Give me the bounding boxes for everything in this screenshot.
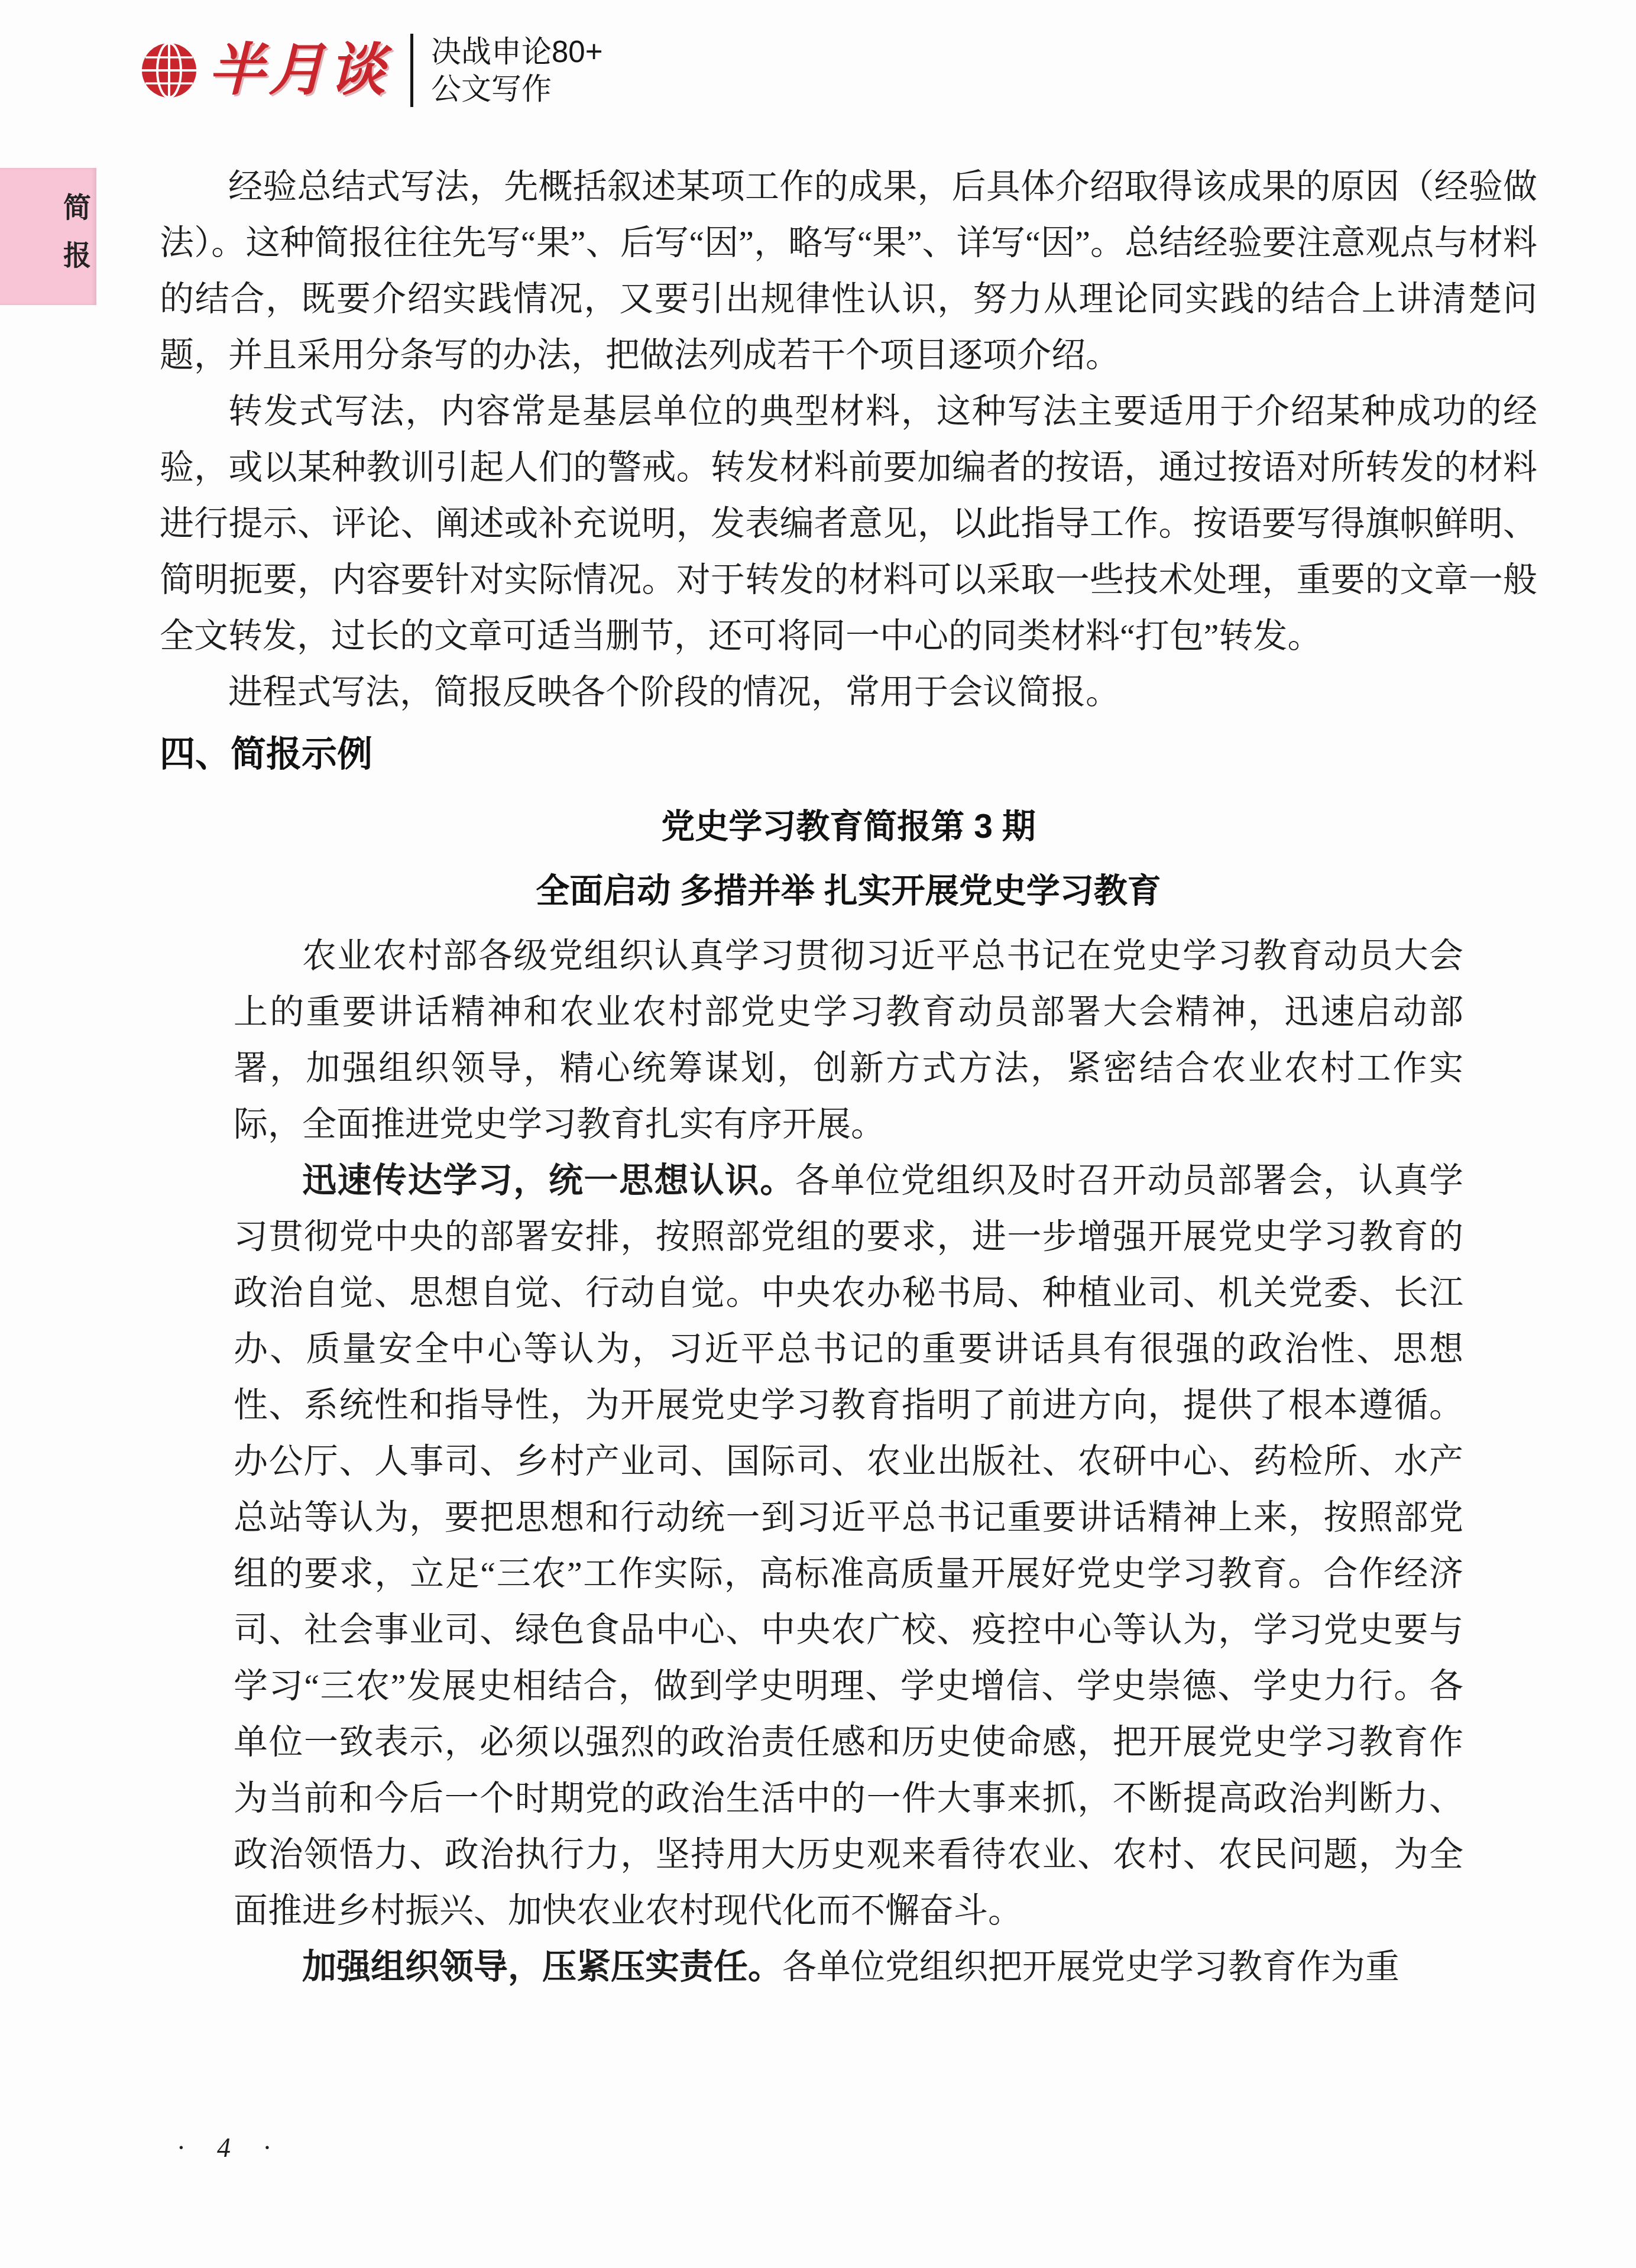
main-text-column: 经验总结式写法，先概括叙述某项工作的成果，后具体介绍取得该成果的原因（经验做法）… <box>160 158 1537 1995</box>
intro-paragraph: 经验总结式写法，先概括叙述某项工作的成果，后具体介绍取得该成果的原因（经验做法）… <box>160 158 1537 383</box>
paragraph-lead: 加强组织领导，压紧压实责任。 <box>302 1948 782 1986</box>
masthead-divider <box>410 34 413 107</box>
scanned-page: 半月谈 决战申论80+ 公文写作 简报 经验总结式写法，先概括叙述某项工作的成果… <box>0 0 1636 2268</box>
tagline-subject: 公文写作 <box>431 70 603 108</box>
bulletin-paragraph: 加强组织领导，压紧压实责任。各单位党组织把开展党史学习教育作为重 <box>234 1939 1463 1995</box>
bulletin-paragraph: 农业农村部各级党组织认真学习贯彻习近平总书记在党史学习教育动员大会上的重要讲话精… <box>234 928 1463 1152</box>
paragraph-text: 各单位党组织把开展党史学习教育作为重 <box>782 1948 1399 1986</box>
page-number: · 4 · <box>177 2132 283 2163</box>
bulletin-paragraph: 迅速传达学习，统一思想认识。各单位党组织及时召开动员部署会，认真学习贯彻党中央的… <box>234 1152 1463 1939</box>
brand-wordmark: 半月谈 <box>208 42 389 99</box>
paragraph-text: 农业农村部各级党组织认真学习贯彻习近平总书记在党史学习教育动员大会上的重要讲话精… <box>234 937 1463 1143</box>
tagline-series: 决战申论80+ <box>431 33 603 70</box>
bulletin-subtitle: 全面启动 多措并举 扎实开展党史学习教育 <box>234 863 1463 919</box>
masthead-taglines: 决战申论80+ 公文写作 <box>431 33 603 108</box>
globe-logo-icon <box>140 41 199 100</box>
chapter-side-tab: 简报 <box>0 168 96 305</box>
masthead: 半月谈 决战申论80+ 公文写作 <box>140 33 603 108</box>
intro-paragraph: 转发式写法，内容常是基层单位的典型材料，这种写法主要适用于介绍某种成功的经验，或… <box>160 383 1537 664</box>
section-heading: 四、简报示例 <box>160 726 1537 782</box>
paragraph-lead: 迅速传达学习，统一思想认识。 <box>302 1161 795 1200</box>
intro-paragraph: 进程式写法，简报反映各个阶段的情况，常用于会议简报。 <box>160 664 1537 720</box>
chapter-tab-label: 简报 <box>61 193 89 305</box>
bulletin-title: 党史学习教育简报第 3 期 <box>234 799 1463 855</box>
bulletin-sample: 党史学习教育简报第 3 期 全面启动 多措并举 扎实开展党史学习教育 农业农村部… <box>234 799 1463 1995</box>
paragraph-text: 各单位党组织及时召开动员部署会，认真学习贯彻党中央的部署安排，按照部党组的要求，… <box>234 1161 1463 1930</box>
